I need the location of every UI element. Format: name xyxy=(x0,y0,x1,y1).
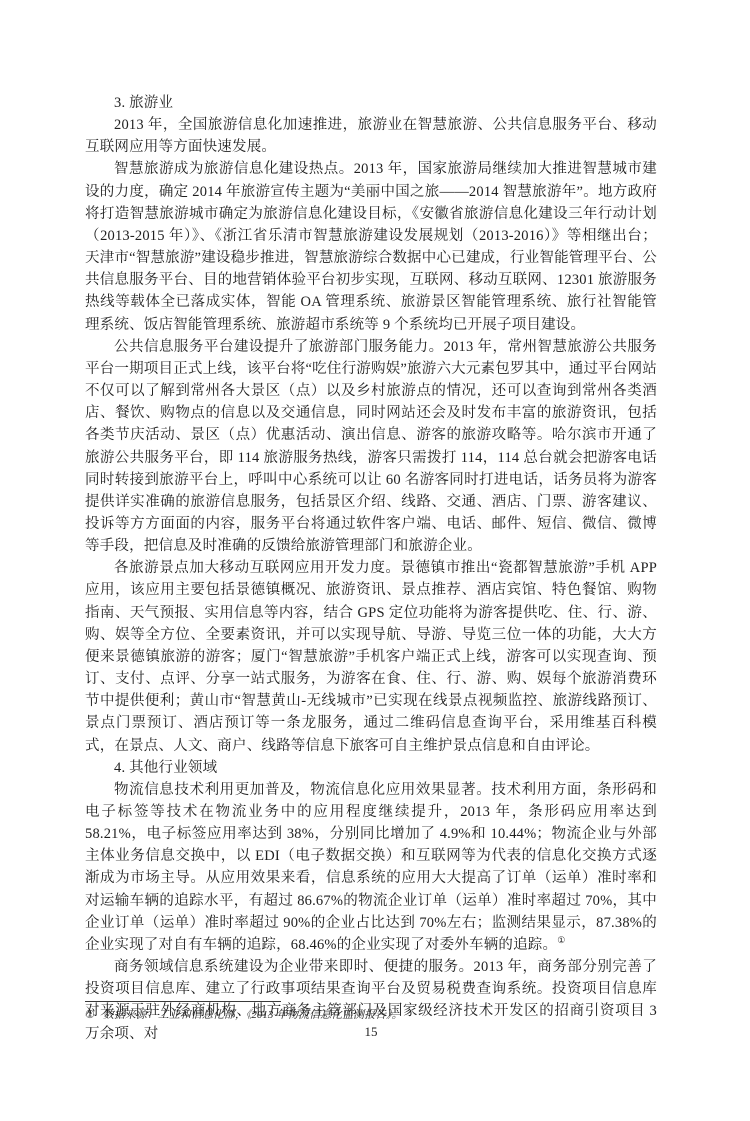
paragraph-mobile-internet-apps: 各旅游景点加大移动互联网应用开发力度。景德镇市推出“瓷都智慧旅游”手机 APP … xyxy=(85,557,657,756)
section-heading-other-industries: 4. 其他行业领域 xyxy=(85,757,657,779)
footnote-marker: ① xyxy=(85,1009,95,1021)
document-page: 3. 旅游业 2013 年，全国旅游信息化加速推进，旅游业在智慧旅游、公共信息服… xyxy=(0,0,750,1121)
paragraph-public-info-platform: 公共信息服务平台建设提升了旅游部门服务能力。2013 年，常州智慧旅游公共服务平… xyxy=(85,336,657,558)
footnote-text: 数据来源：工业和信息化部，《2013 年物流信息化监测报告》。 xyxy=(103,1009,403,1021)
paragraph-smart-tourism: 智慧旅游成为旅游信息化建设热点。2013 年，国家旅游局继续加大推进智慧城市建设… xyxy=(85,158,657,335)
footnote: ①数据来源：工业和信息化部，《2013 年物流信息化监测报告》。 xyxy=(85,1008,657,1023)
footnote-divider xyxy=(85,1001,281,1002)
footnote-reference: ① xyxy=(557,935,565,945)
paragraph-logistics: 物流信息技术利用更加普及，物流信息化应用效果显著。技术利用方面，条形码和电子标签… xyxy=(85,779,657,956)
section-heading-tourism: 3. 旅游业 xyxy=(85,92,657,114)
paragraph-tourism-overview: 2013 年，全国旅游信息化加速推进，旅游业在智慧旅游、公共信息服务平台、移动互… xyxy=(85,114,657,158)
document-body: 3. 旅游业 2013 年，全国旅游信息化加速推进，旅游业在智慧旅游、公共信息服… xyxy=(85,92,657,1045)
page-number: 15 xyxy=(85,1024,657,1040)
paragraph-logistics-text: 物流信息技术利用更加普及，物流信息化应用效果显著。技术利用方面，条形码和电子标签… xyxy=(85,782,657,953)
